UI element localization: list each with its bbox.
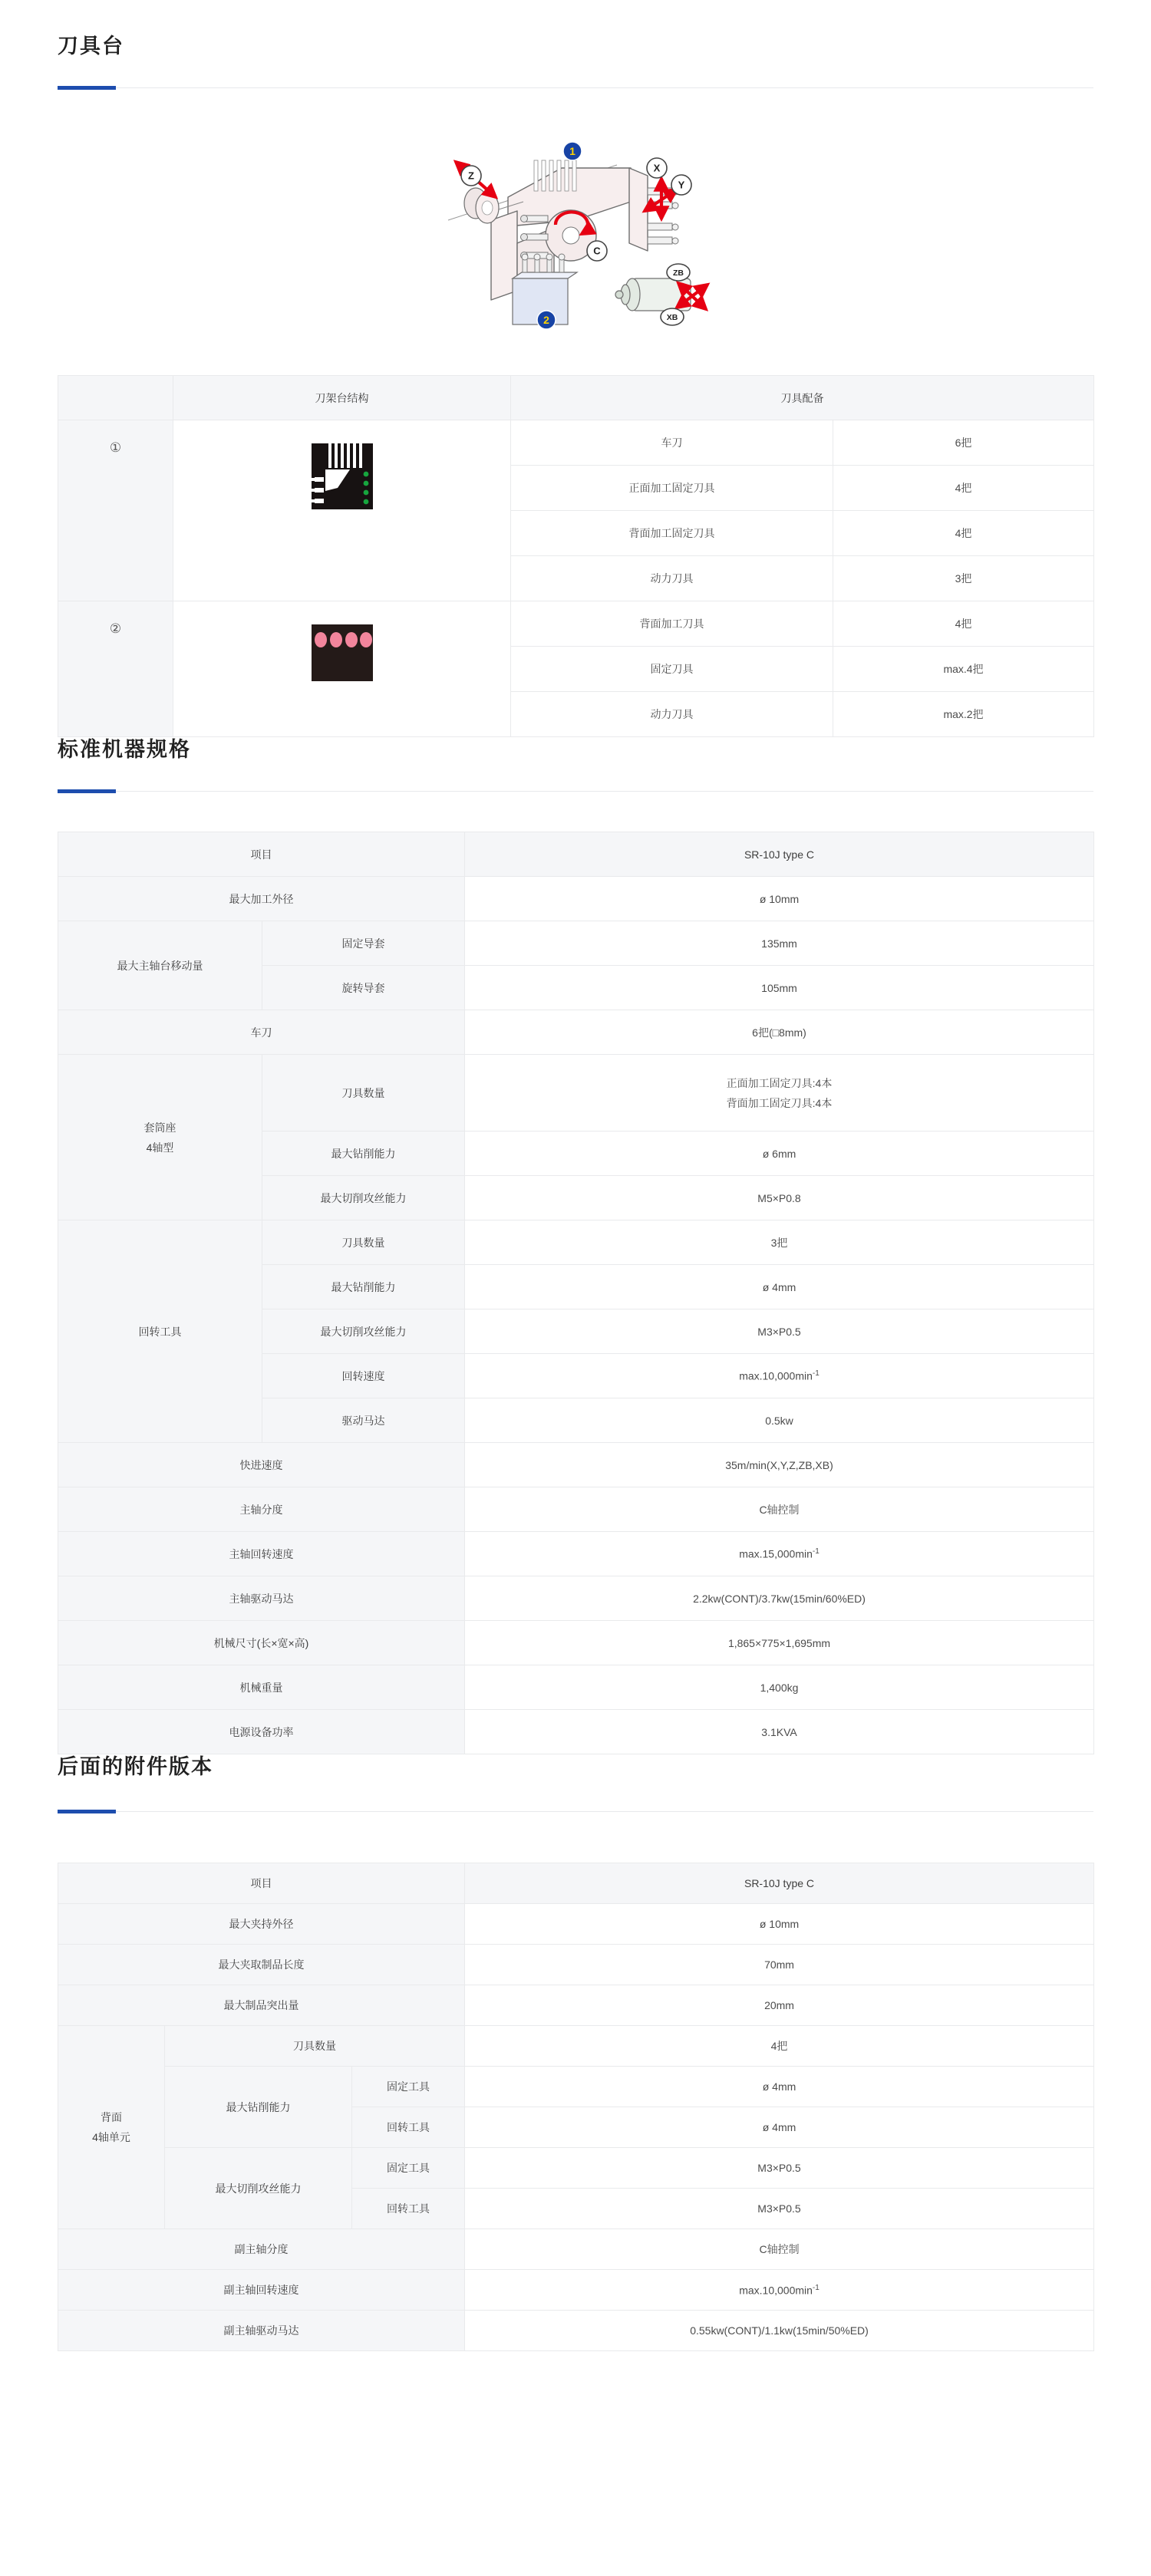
equipment-value: 3把 bbox=[833, 556, 1094, 601]
zb-axis-label: ZB bbox=[673, 268, 684, 278]
equipment-label: 背面加工固定刀具 bbox=[511, 511, 833, 556]
value-superscript: -1 bbox=[813, 1369, 820, 1378]
spec-label: 副主轴驱动马达 bbox=[58, 2311, 465, 2351]
toolpost-1-image-cell bbox=[173, 420, 511, 601]
spec-label: 最大钻削能力 bbox=[262, 1265, 465, 1309]
table-row: 电源设备功率 3.1KVA bbox=[58, 1710, 1094, 1754]
spec-label: 车刀 bbox=[58, 1010, 465, 1055]
c-axis-label: C bbox=[593, 245, 601, 257]
col-header-model: SR-10J type C bbox=[465, 1863, 1094, 1904]
toolpost-1-image bbox=[312, 443, 373, 509]
table-row: 最大切削攻丝能力 固定工具 M3×P0.5 bbox=[58, 2148, 1094, 2189]
spec-label: 最大钻削能力 bbox=[262, 1132, 465, 1176]
section-title-rear-attachment: 后面的附件版本 bbox=[58, 1754, 1093, 1779]
spec-value: 0.5kw bbox=[465, 1398, 1094, 1443]
spec-label: 最大切削攻丝能力 bbox=[262, 1309, 465, 1354]
y-axis-label: Y bbox=[678, 180, 685, 191]
spec-value: 135mm bbox=[465, 921, 1094, 966]
table-row: 机械尺寸(长×宽×高) 1,865×775×1,695mm bbox=[58, 1621, 1094, 1665]
spec-value: 4把 bbox=[465, 2026, 1094, 2067]
rear-attachment-table: 项目 SR-10J type C 最大夹持外径 ø 10mm 最大夹取制品长度 … bbox=[58, 1863, 1094, 2351]
equipment-value: 4把 bbox=[833, 511, 1094, 556]
group-label-line2: 4轴单元 bbox=[66, 2127, 157, 2147]
spec-group-label: 回转工具 bbox=[58, 1220, 262, 1443]
table-row: 最大加工外径 ø 10mm bbox=[58, 877, 1094, 921]
group-label-line1: 套筒座 bbox=[66, 1118, 254, 1138]
x-axis-label: X bbox=[654, 163, 661, 174]
spec-value: ø 10mm bbox=[465, 877, 1094, 921]
table-row: 最大主轴台移动量 固定导套 135mm bbox=[58, 921, 1094, 966]
table-row: ② 背面加工刀具 4把 bbox=[58, 601, 1094, 647]
col-header-structure: 刀架台结构 bbox=[173, 376, 511, 420]
spec-label: 固定导套 bbox=[262, 921, 465, 966]
table-row: 主轴回转速度 max.15,000min-1 bbox=[58, 1532, 1094, 1576]
table-header-row: 项目 SR-10J type C bbox=[58, 1863, 1094, 1904]
section-divider bbox=[58, 789, 1093, 793]
spec-value: max.10,000min-1 bbox=[465, 2270, 1094, 2311]
divider-accent-bar bbox=[58, 789, 116, 793]
toolpost-2-image-cell bbox=[173, 601, 511, 737]
spec-label: 最大夹持外径 bbox=[58, 1904, 465, 1945]
table-row: 主轴驱动马达 2.2kw(CONT)/3.7kw(15min/60%ED) bbox=[58, 1576, 1094, 1621]
spec-value: max.10,000min-1 bbox=[465, 1354, 1094, 1398]
col-header-equipment: 刀具配备 bbox=[511, 376, 1094, 420]
spec-mid-label: 最大钻削能力 bbox=[165, 2067, 352, 2148]
spec-label: 回转工具 bbox=[352, 2189, 465, 2229]
col-header-item: 项目 bbox=[58, 1863, 465, 1904]
badge-1-label: 1 bbox=[569, 145, 575, 157]
equipment-label: 动力刀具 bbox=[511, 692, 833, 737]
table-header-row: 项目 SR-10J type C bbox=[58, 832, 1094, 877]
divider-line bbox=[58, 87, 1093, 88]
spec-group-label: 套筒座 4轴型 bbox=[58, 1055, 262, 1220]
col-header-item: 项目 bbox=[58, 832, 465, 877]
table-header-row: 刀架台结构 刀具配备 bbox=[58, 376, 1094, 420]
spec-label: 最大加工外径 bbox=[58, 877, 465, 921]
spec-value: 70mm bbox=[465, 1945, 1094, 1985]
group-2-number: ② bbox=[58, 601, 173, 737]
spec-value: ø 10mm bbox=[465, 1904, 1094, 1945]
spec-value: 1,400kg bbox=[465, 1665, 1094, 1710]
xb-axis-label: XB bbox=[667, 313, 678, 322]
table-row: 最大制品突出量 20mm bbox=[58, 1985, 1094, 2026]
spec-value: C轴控制 bbox=[465, 1487, 1094, 1532]
spec-label: 刀具数量 bbox=[262, 1220, 465, 1265]
equipment-value: 6把 bbox=[833, 420, 1094, 466]
value-text: max.15,000min bbox=[739, 1548, 813, 1560]
spec-label: 最大切削攻丝能力 bbox=[262, 1176, 465, 1220]
spec-value: 3把 bbox=[465, 1220, 1094, 1265]
group-label-line1: 背面 bbox=[66, 2107, 157, 2127]
spec-value: 0.55kw(CONT)/1.1kw(15min/50%ED) bbox=[465, 2311, 1094, 2351]
spec-value: max.15,000min-1 bbox=[465, 1532, 1094, 1576]
table-row: 副主轴回转速度 max.10,000min-1 bbox=[58, 2270, 1094, 2311]
spec-label: 回转工具 bbox=[352, 2107, 465, 2148]
spec-value: C轴控制 bbox=[465, 2229, 1094, 2270]
spec-label: 最大制品突出量 bbox=[58, 1985, 465, 2026]
spec-group-label: 背面 4轴单元 bbox=[58, 2026, 165, 2229]
value-text: max.10,000min bbox=[739, 2284, 813, 2296]
table-row: 最大钻削能力 固定工具 ø 4mm bbox=[58, 2067, 1094, 2107]
table-row: 套筒座 4轴型 刀具数量 正面加工固定刀具:4本 背面加工固定刀具:4本 bbox=[58, 1055, 1094, 1132]
spec-label: 主轴驱动马达 bbox=[58, 1576, 465, 1621]
divider-accent-bar bbox=[58, 1810, 116, 1813]
spec-label: 副主轴分度 bbox=[58, 2229, 465, 2270]
spec-value: 35m/min(X,Y,Z,ZB,XB) bbox=[465, 1443, 1094, 1487]
spec-label: 刀具数量 bbox=[262, 1055, 465, 1132]
spec-label: 回转速度 bbox=[262, 1354, 465, 1398]
table-row: 副主轴分度 C轴控制 bbox=[58, 2229, 1094, 2270]
spec-value: 105mm bbox=[465, 966, 1094, 1010]
table-row: 车刀 6把(□8mm) bbox=[58, 1010, 1094, 1055]
table-row: 最大夹取制品长度 70mm bbox=[58, 1945, 1094, 1985]
spec-group-label: 最大主轴台移动量 bbox=[58, 921, 262, 1010]
tool-drum-hub bbox=[562, 227, 579, 244]
z-axis-label: Z bbox=[468, 170, 474, 182]
corner-cell bbox=[58, 376, 173, 420]
spec-value: ø 4mm bbox=[465, 1265, 1094, 1309]
divider-line bbox=[58, 1811, 1093, 1812]
standard-specs-table: 项目 SR-10J type C 最大加工外径 ø 10mm 最大主轴台移动量 … bbox=[58, 832, 1094, 1754]
spec-label: 固定工具 bbox=[352, 2148, 465, 2189]
value-superscript: -1 bbox=[813, 2284, 820, 2292]
equipment-value: 4把 bbox=[833, 466, 1094, 511]
spec-mid-label: 最大切削攻丝能力 bbox=[165, 2148, 352, 2229]
toolpost-diagram-svg: Z X Y C ZB XB 1 2 bbox=[437, 127, 714, 351]
spec-label: 刀具数量 bbox=[165, 2026, 465, 2067]
group-label-line2: 4轴型 bbox=[66, 1138, 254, 1158]
toolpost-table: 刀架台结构 刀具配备 ① bbox=[58, 375, 1094, 737]
section-title-standard-specs: 标准机器规格 bbox=[58, 737, 1093, 762]
spec-value: 6把(□8mm) bbox=[465, 1010, 1094, 1055]
spec-label: 旋转导套 bbox=[262, 966, 465, 1010]
spec-value: ø 6mm bbox=[465, 1132, 1094, 1176]
spec-label: 最大夹取制品长度 bbox=[58, 1945, 465, 1985]
spec-label: 快进速度 bbox=[58, 1443, 465, 1487]
spec-label: 主轴回转速度 bbox=[58, 1532, 465, 1576]
spec-value: M3×P0.5 bbox=[465, 2189, 1094, 2229]
section-divider bbox=[58, 1810, 1093, 1813]
spec-value: M3×P0.5 bbox=[465, 1309, 1094, 1354]
spec-value: ø 4mm bbox=[465, 2067, 1094, 2107]
table-row: 机械重量 1,400kg bbox=[58, 1665, 1094, 1710]
badge-2-label: 2 bbox=[543, 314, 549, 326]
spec-label: 驱动马达 bbox=[262, 1398, 465, 1443]
section-title-toolpost: 刀具台 bbox=[58, 34, 1093, 58]
table-row: 回转工具 刀具数量 3把 bbox=[58, 1220, 1094, 1265]
group-1-number: ① bbox=[58, 420, 173, 601]
spec-value: 1,865×775×1,695mm bbox=[465, 1621, 1094, 1665]
spec-label: 机械重量 bbox=[58, 1665, 465, 1710]
col-header-model: SR-10J type C bbox=[465, 832, 1094, 877]
spec-label: 主轴分度 bbox=[58, 1487, 465, 1532]
spec-label: 副主轴回转速度 bbox=[58, 2270, 465, 2311]
table-row: 背面 4轴单元 刀具数量 4把 bbox=[58, 2026, 1094, 2067]
value-line1: 正面加工固定刀具:4本 bbox=[473, 1073, 1086, 1093]
table-row: 副主轴驱动马达 0.55kw(CONT)/1.1kw(15min/50%ED) bbox=[58, 2311, 1094, 2351]
toolpost-diagram: Z X Y C ZB XB 1 2 bbox=[437, 127, 714, 351]
spec-value: M5×P0.8 bbox=[465, 1176, 1094, 1220]
spec-label: 固定工具 bbox=[352, 2067, 465, 2107]
spec-value: 正面加工固定刀具:4本 背面加工固定刀具:4本 bbox=[465, 1055, 1094, 1132]
spec-value: ø 4mm bbox=[465, 2107, 1094, 2148]
equipment-value: max.4把 bbox=[833, 647, 1094, 692]
divider-line bbox=[58, 791, 1093, 792]
toolpost-2-image bbox=[312, 624, 373, 681]
equipment-label: 动力刀具 bbox=[511, 556, 833, 601]
cross-drill-tools bbox=[521, 216, 549, 259]
spec-value: 20mm bbox=[465, 1985, 1094, 2026]
equipment-value: max.2把 bbox=[833, 692, 1094, 737]
divider-accent-bar bbox=[58, 86, 116, 90]
spec-value: M3×P0.5 bbox=[465, 2148, 1094, 2189]
spec-label: 电源设备功率 bbox=[58, 1710, 465, 1754]
value-superscript: -1 bbox=[813, 1547, 820, 1556]
equipment-label: 车刀 bbox=[511, 420, 833, 466]
spec-label: 机械尺寸(长×宽×高) bbox=[58, 1621, 465, 1665]
page-content: 刀具台 bbox=[0, 0, 1151, 2416]
value-line2: 背面加工固定刀具:4本 bbox=[473, 1093, 1086, 1113]
equipment-label: 固定刀具 bbox=[511, 647, 833, 692]
equipment-label: 正面加工固定刀具 bbox=[511, 466, 833, 511]
equipment-label: 背面加工刀具 bbox=[511, 601, 833, 647]
table-row: 主轴分度 C轴控制 bbox=[58, 1487, 1094, 1532]
table-row: 快进速度 35m/min(X,Y,Z,ZB,XB) bbox=[58, 1443, 1094, 1487]
spec-value: 3.1KVA bbox=[465, 1710, 1094, 1754]
table-row: 最大夹持外径 ø 10mm bbox=[58, 1904, 1094, 1945]
equipment-value: 4把 bbox=[833, 601, 1094, 647]
section-divider bbox=[58, 86, 1093, 90]
spec-value: 2.2kw(CONT)/3.7kw(15min/60%ED) bbox=[465, 1576, 1094, 1621]
value-text: max.10,000min bbox=[739, 1370, 813, 1382]
table-row: ① bbox=[58, 420, 1094, 466]
